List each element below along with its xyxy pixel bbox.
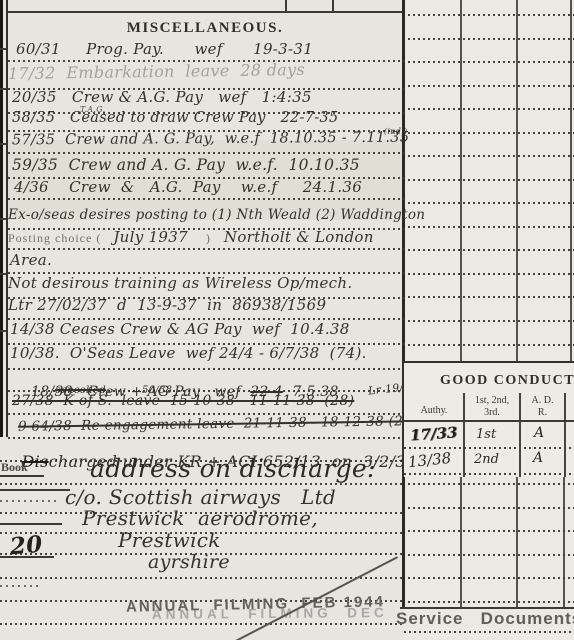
margin-line-fragment (0, 475, 44, 477)
margin-tick (0, 143, 7, 145)
posting-choice-date: July 1937 (113, 228, 188, 246)
margin-line-fragment (0, 489, 70, 491)
ruled-line (408, 61, 574, 63)
entry-crew-ag-pay-436: 4/36 Crew & A.G. Pay w.e.f 24.1.36 (14, 180, 362, 196)
entry-address-line1: c/o. Scottish airways Ltd (65, 487, 336, 508)
table-header-rule (404, 420, 574, 422)
posting-choice-stamp-close: ) (206, 231, 210, 245)
ruled-line (408, 108, 574, 110)
col-header-adr-line2: R. (520, 407, 565, 419)
ruled-line (8, 198, 404, 200)
ruled-line (408, 483, 574, 485)
column-divider (460, 475, 462, 607)
service-documents-stamp: Service Documents (396, 609, 574, 629)
gc-row2-adr: A (533, 450, 543, 466)
gc-row1-badge: 1st (476, 427, 496, 442)
gc-row2-authy: 13/38 (407, 449, 452, 471)
table-divider (564, 393, 566, 477)
service-record-page: MISCELLANEOUS. 60/31 (0, 0, 574, 640)
ruled-line (408, 85, 574, 87)
ruled-line (0, 623, 404, 625)
gc-row1-adr: A (534, 425, 544, 441)
ruled-line (408, 601, 574, 603)
table-divider (463, 393, 465, 477)
ruled-line (408, 296, 574, 298)
ruled-line (408, 530, 574, 532)
top-tick (285, 0, 287, 11)
ruled-line (408, 38, 574, 40)
ruled-line (0, 577, 404, 579)
col-header-adr-line1: A. D. (520, 395, 565, 407)
col-header-badge: 1st, 2nd, 3rd. (464, 395, 520, 419)
ruled-line (408, 132, 574, 134)
column-divider (563, 475, 565, 607)
entry-posting-preference: Ex-o/seas desires posting to (1) Nth Wea… (8, 208, 425, 222)
entry-address-line3: Prestwick (118, 530, 221, 551)
gc-row1-authy: 17/33 (409, 423, 457, 444)
entry-letter-ref: Ltr 27/02/37 d 13-9-37 in 86938/1569 (8, 298, 326, 314)
entry-ind-note: (ind.) (384, 128, 407, 136)
margin-line-fragment (0, 523, 62, 525)
margin-dotted-fragment (0, 500, 60, 502)
book-label-fragment: Book (1, 460, 28, 475)
entry-address-line2: Prestwick aerodrome, (82, 508, 318, 529)
col-header-adr: A. D. R. (520, 395, 565, 419)
ruled-line (408, 554, 574, 556)
col-header-badge-line1: 1st, 2nd, (464, 395, 520, 407)
entry-kofs-leave: 27/38 K of S. leave 15-10-38 - 11-11-38 … (12, 394, 354, 409)
ruled-line (404, 631, 574, 633)
entry-address-line4: ayrshire (148, 553, 230, 573)
entry-prog-pay: 60/31 Prog. Pay. wef 19-3-31 (16, 42, 313, 58)
ruled-line (408, 202, 574, 204)
entry-address-heading: address on discharge: (90, 456, 376, 482)
col-header-badge-line2: 3rd. (464, 407, 520, 419)
margin-tick (0, 48, 7, 50)
posting-choice-stamp: Posting choice ( (8, 231, 101, 245)
ruled-line (408, 273, 574, 275)
entry-posting-choice: Posting choice ( July 1937 ) Northolt & … (8, 229, 374, 247)
table-row-line (404, 447, 574, 449)
entry-ceases-crew-ag: 14/38 Ceases Crew & AG Pay wef 10.4.38 (10, 322, 350, 338)
entry-crew-ag-pay-5935: 59/35 Crew and A. G. Pay w.e.f. 10.10.35 (12, 157, 360, 173)
table-row-line (404, 473, 574, 475)
margin-dotted-fragment (0, 585, 40, 587)
column-divider (516, 475, 518, 607)
margin-tick (0, 273, 7, 275)
ruled-line (8, 248, 404, 250)
ruled-line (408, 507, 574, 509)
entry-embarkation-leave: 17/32 Embarkation leave 28 days (8, 62, 305, 83)
table-divider (519, 393, 521, 477)
ruled-line (408, 179, 574, 181)
good-conduct-table: GOOD CONDUCT B Authy. 1st, 2nd, 3rd. A. … (402, 361, 574, 477)
ruled-line (408, 226, 574, 228)
entry-crew-ag-pay-5735: 57/35 Crew and A. G. Pay, w.e.f 18.10.35… (12, 131, 409, 149)
section-title: MISCELLANEOUS. (8, 20, 402, 37)
posting-choice-location: Northolt & London (224, 228, 374, 246)
margin-tick (0, 218, 7, 220)
ruled-line (408, 249, 574, 251)
entry-ceased-crew-pay: 58/35 Ceased to draw Crew Pay 22-7-35 (12, 111, 339, 126)
entry-wireless-training: Not desirous training as Wireless Op/mec… (8, 276, 352, 292)
ruled-line (408, 14, 574, 16)
top-tick (332, 0, 334, 11)
margin-tick (0, 330, 7, 332)
margin-number-20: 20 (9, 533, 44, 560)
gc-row2-badge: 2nd (474, 452, 499, 467)
col-header-authy: Authy. (404, 405, 464, 417)
center-rule (402, 0, 405, 607)
ruled-line (408, 577, 574, 579)
ruled-line (8, 152, 404, 154)
entry-reengagement-leave: 9 64/38 Re-engagement leave 21-11-38 - 1… (18, 414, 418, 434)
ruled-line (408, 344, 574, 346)
ruled-line (408, 320, 574, 322)
margin-tick (0, 88, 7, 90)
entry-crew-ag-pay-2035: 20/35 Crew & A.G. Pay wef 1:4:35 (12, 90, 312, 106)
entry-area: Area. (10, 253, 52, 269)
entry-oseas-leave: 10/38. O'Seas Leave wef 24/4 - 6/7/38 (7… (10, 346, 367, 362)
ruled-line (408, 155, 574, 157)
good-conduct-title: GOOD CONDUCT B (440, 373, 574, 389)
top-rule (8, 11, 402, 13)
